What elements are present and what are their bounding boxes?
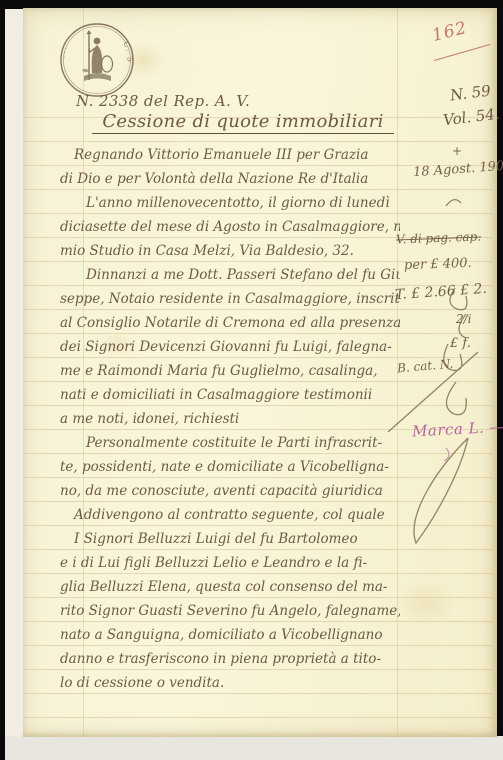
margin-fee-note: per £ 400. bbox=[404, 256, 472, 273]
body-line: diciasette del mese di Agosto in Casalma… bbox=[60, 215, 400, 239]
body-line: e i di Lui figli Belluzzi Lelio e Leandr… bbox=[60, 551, 400, 575]
body-line: no, da me conosciute, aventi capacità gi… bbox=[60, 479, 400, 503]
underlay-bottom-edge bbox=[5, 736, 503, 760]
body-line: te, possidenti, nate e domiciliate a Vic… bbox=[60, 455, 400, 479]
body-line: I Signori Belluzzi Luigi del fu Bartolom… bbox=[60, 527, 400, 551]
repertory-number: N. 2338 del Rep. A. V. bbox=[76, 92, 250, 110]
body-line: glia Belluzzi Elena, questa col consenso… bbox=[60, 575, 400, 599]
body-line: nati e domiciliati in Casalmaggiore test… bbox=[60, 383, 400, 407]
body-line: Regnando Vittorio Emanuele III per Grazi… bbox=[60, 143, 400, 167]
body-line: Dinnanzi a me Dott. Passeri Stefano del … bbox=[60, 263, 400, 287]
body-line: L'anno millenovecentotto, il giorno di l… bbox=[60, 191, 400, 215]
body-line: danno e trasferiscono in piena proprietà… bbox=[60, 647, 400, 671]
margin-fee-note: £ f. bbox=[450, 336, 471, 351]
body-line: a me noti, idonei, richiesti bbox=[60, 407, 400, 431]
margin-crossed-note: V. di pag. cap. bbox=[396, 230, 481, 247]
body-line: di Dio e per Volontà della Nazione Re d'… bbox=[60, 167, 400, 191]
deed-body: Regnando Vittorio Emanuele III per Grazi… bbox=[60, 143, 400, 695]
document-title: Cessione di quote immobiliari bbox=[92, 111, 394, 134]
document-title-text: Cessione di quote immobiliari bbox=[102, 111, 383, 132]
underlay-left-edge bbox=[5, 9, 23, 760]
margin-cross-mark: + bbox=[452, 144, 462, 158]
body-line: lo di cessione o vendita. bbox=[60, 671, 400, 695]
body-line: al Consiglio Notarile di Cremona ed alla… bbox=[60, 311, 400, 335]
scanned-notarial-deed: C. 50. ··· 162 N. 2338 del Rep. A. V. N.… bbox=[0, 0, 503, 760]
body-line: mio Studio in Casa Melzi, Via Baldesio, … bbox=[60, 239, 400, 263]
body-line: nato a Sanguigna, domiciliato a Vicobell… bbox=[60, 623, 400, 647]
body-line: Addivengono al contratto seguente, col q… bbox=[60, 503, 400, 527]
body-line: seppe, Notaio residente in Casalmaggiore… bbox=[60, 287, 400, 311]
body-line: dei Signori Devicenzi Giovanni fu Luigi,… bbox=[60, 335, 400, 359]
body-line: Personalmente costituite le Parti infras… bbox=[60, 431, 400, 455]
body-line: rito Signor Guasti Severino fu Angelo, f… bbox=[60, 599, 400, 623]
body-line: me e Raimondi Maria fu Guglielmo, casali… bbox=[60, 359, 400, 383]
margin-fee-note: 2/i bbox=[456, 312, 472, 326]
